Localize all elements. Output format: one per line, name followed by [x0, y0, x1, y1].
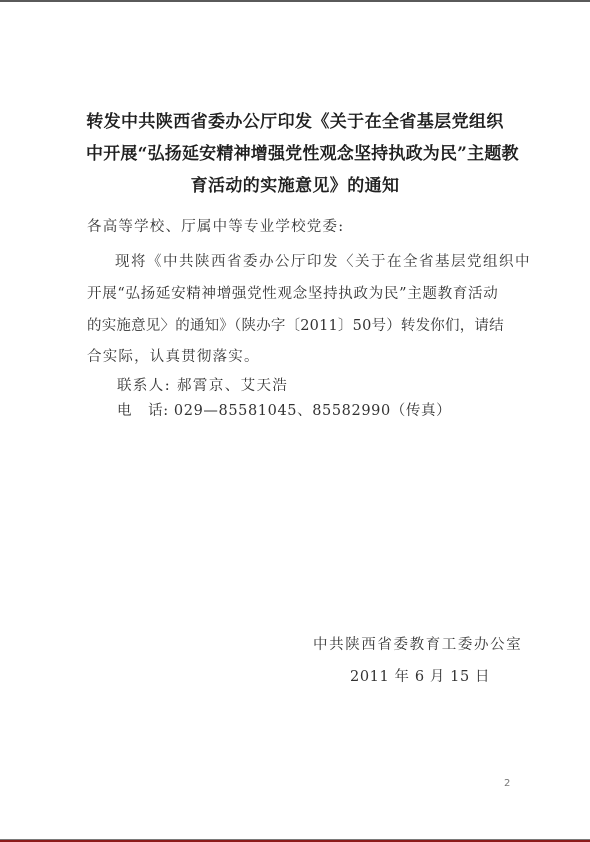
contact-person: 联系人: 郝霄京、艾天浩: [117, 377, 288, 395]
phone-value: 029—85581045、85582990（传真）: [174, 403, 451, 419]
document-title-line-1: 转发中共陕西省委办公厅印发《关于在全省基层党组织: [80, 112, 510, 132]
body-line-3: 的实施意见〉的通知》（陕办字〔2011〕50号）转发你们，请结: [87, 317, 504, 335]
phone-label-char-1: 电: [117, 403, 132, 419]
body-line-4: 合实际，认真贯彻落实。: [87, 348, 260, 366]
page-top-border: [0, 0, 590, 2]
document-title-line-3: 育活动的实施意见》的通知: [80, 176, 510, 196]
issue-date: 2011 年 6 月 15 日: [350, 668, 490, 686]
body-line-2: 开展“弘扬延安精神增强党性观念坚持执政为民”主题教育活动: [87, 285, 498, 303]
body-line-1: 现将《中共陕西省委办公厅印发〈关于在全省基层党组织中: [115, 253, 531, 271]
issuer-signature: 中共陕西省委教育工委办公室: [313, 636, 522, 654]
document-title-line-2: 中开展“弘扬延安精神增强党性观念坚持执政为民”主题教: [86, 144, 508, 164]
salutation: 各高等学校、厅属中等专业学校党委:: [87, 218, 344, 236]
page-number: 2: [504, 778, 510, 789]
contact-label: 联系人:: [117, 378, 171, 394]
contact-phone: 电话: 029—85581045、85582990（传真）: [117, 402, 451, 420]
contact-value: 郝霄京、艾天浩: [177, 378, 288, 394]
phone-label-char-2: 话:: [148, 403, 169, 419]
